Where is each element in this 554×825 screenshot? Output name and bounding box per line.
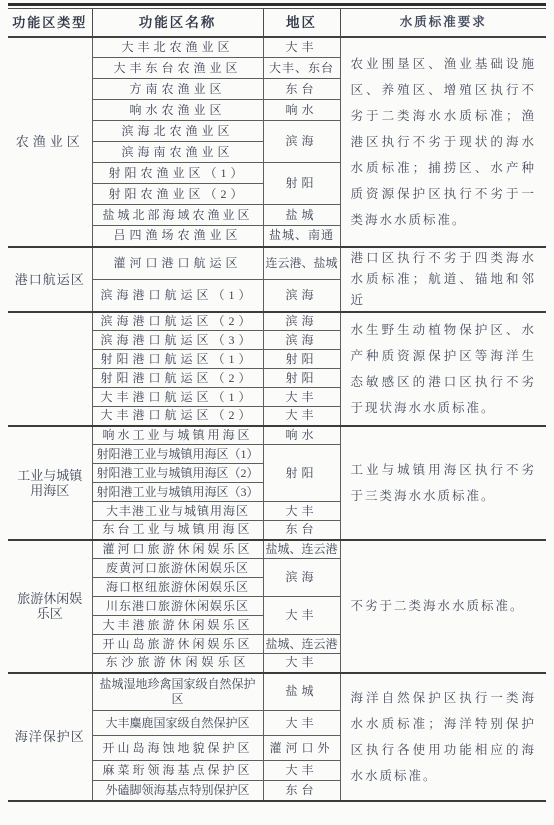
region-cell: 射阳 — [263, 369, 340, 388]
zone-name-cell: 大丰东台农渔业区 — [92, 58, 263, 79]
zone-name-cell: 滨海港口航运区（3） — [92, 331, 263, 350]
table-row: 工业与城镇用海区 响水工业与城镇用海区 响水 工业与城镇用海区执行不劣于三类海水… — [8, 426, 546, 445]
region-cell: 射阳 — [263, 350, 340, 369]
region-cell: 滨海 — [263, 559, 340, 597]
requirement-cell: 港口区执行不劣于四类海水水质标准；航道、锚地和邻近 — [340, 247, 546, 312]
requirement-cell: 水生野生动植物保护区、水产种质资源保护区等海洋生态敏感区的港口区执行不劣于现状海… — [340, 312, 546, 426]
region-cell: 盐城、连云港 — [263, 540, 340, 559]
water-quality-table: 功能区类型 功能区名称 地区 水质标准要求 农渔业区 大丰北农渔业区 大丰 农业… — [8, 8, 546, 802]
zone-name-cell: 射阳农渔业区（2） — [92, 184, 263, 205]
table-row: 农渔业区 大丰北农渔业区 大丰 农业围垦区、渔业基础设施区、养殖区、增殖区执行不… — [8, 37, 546, 58]
zone-name-cell: 方南农渔业区 — [92, 79, 263, 100]
zone-name-cell: 开山岛海蚀地貌保护区 — [92, 736, 263, 761]
table-row: 滨海港口航运区（2） 滨海 水生野生动植物保护区、水产种质资源保护区等海洋生态敏… — [8, 312, 546, 331]
table-row: 港口航运区 灌河口港口航运区 连云港、盐城 港口区执行不劣于四类海水水质标准；航… — [8, 247, 546, 280]
zone-name-cell: 滨海港口航运区（2） — [92, 312, 263, 331]
zone-name-cell: 响水农渔业区 — [92, 100, 263, 121]
region-cell: 大丰 — [263, 761, 340, 781]
zone-name-cell: 射阳港工业与城镇用海区（1） — [92, 445, 263, 464]
region-cell: 滨海 — [263, 312, 340, 331]
section-marine-protection: 海洋保护区 盐城湿地珍禽国家级自然保护区 盐城 海洋自然保护区执行一类海水水质标… — [8, 673, 546, 801]
region-cell: 滨海 — [263, 331, 340, 350]
region-cell: 东台 — [263, 79, 340, 100]
page-root: 功能区类型 功能区名称 地区 水质标准要求 农渔业区 大丰北农渔业区 大丰 农业… — [0, 0, 554, 825]
zone-name-cell: 大丰港旅游休闲娱乐区 — [92, 616, 263, 635]
table-row: 海洋保护区 盐城湿地珍禽国家级自然保护区 盐城 海洋自然保护区执行一类海水水质标… — [8, 673, 546, 711]
zone-name-cell: 大丰北农渔业区 — [92, 37, 263, 58]
zone-name-cell: 大丰港口航运区（1） — [92, 388, 263, 407]
requirement-cell: 工业与城镇用海区执行不劣于三类海水水质标准。 — [340, 426, 546, 540]
section-tourism-leisure: 旅游休闲娱乐区 灌河口旅游休闲娱乐区 盐城、连云港 不劣于二类海水水质标准。 废… — [8, 540, 546, 673]
zone-name-cell: 麻菜珩领海基点保护区 — [92, 761, 263, 781]
region-cell: 大丰 — [263, 597, 340, 635]
region-cell: 盐城 — [263, 205, 340, 226]
requirement-cell: 农业围垦区、渔业基础设施区、养殖区、增殖区执行不劣于二类海水水质标准；渔港区执行… — [340, 37, 546, 247]
col-header-requirement: 水质标准要求 — [340, 9, 546, 37]
zone-name-cell: 射阳港口航运区（2） — [92, 369, 263, 388]
zone-name-cell: 大丰麋鹿国家级自然保护区 — [92, 711, 263, 736]
region-cell: 大丰 — [263, 711, 340, 736]
zone-name-cell: 大丰港口航运区（2） — [92, 407, 263, 426]
zone-type-cell: 工业与城镇用海区 — [8, 426, 92, 540]
zone-name-cell: 射阳港工业与城镇用海区（2） — [92, 464, 263, 483]
zone-name-cell: 开山岛旅游休闲娱乐区 — [92, 635, 263, 654]
table-row: 旅游休闲娱乐区 灌河口旅游休闲娱乐区 盐城、连云港 不劣于二类海水水质标准。 — [8, 540, 546, 559]
section-port-shipping-part2: 滨海港口航运区（2） 滨海 水生野生动植物保护区、水产种质资源保护区等海洋生态敏… — [8, 312, 546, 426]
zone-type-cell: 旅游休闲娱乐区 — [8, 540, 92, 673]
region-cell: 滨海 — [263, 279, 340, 312]
zone-name-cell: 吕四渔场农渔业区 — [92, 226, 263, 247]
zone-name-cell: 盐城湿地珍禽国家级自然保护区 — [92, 673, 263, 711]
zone-type-cell: 海洋保护区 — [8, 673, 92, 801]
section-port-shipping-part1: 港口航运区 灌河口港口航运区 连云港、盐城 港口区执行不劣于四类海水水质标准；航… — [8, 247, 546, 312]
region-cell: 射阳 — [263, 163, 340, 205]
zone-type-cell: 农渔业区 — [8, 37, 92, 247]
zone-type-cell: 港口航运区 — [8, 247, 92, 312]
requirement-cell: 海洋自然保护区执行一类海水水质标准；海洋特别保护区执行各使用功能相应的海水水质标… — [340, 673, 546, 801]
col-header-zone-type: 功能区类型 — [8, 9, 92, 37]
region-cell: 东台 — [263, 521, 340, 540]
region-cell: 盐城、连云港 — [263, 635, 340, 654]
zone-name-cell: 东台工业与城镇用海区 — [92, 521, 263, 540]
zone-name-cell: 响水工业与城镇用海区 — [92, 426, 263, 445]
region-cell: 大丰 — [263, 654, 340, 673]
zone-name-cell: 射阳港工业与城镇用海区（3） — [92, 483, 263, 502]
region-cell: 响水 — [263, 426, 340, 445]
region-cell: 大丰 — [263, 37, 340, 58]
section-industrial-urban: 工业与城镇用海区 响水工业与城镇用海区 响水 工业与城镇用海区执行不劣于三类海水… — [8, 426, 546, 540]
zone-name-cell: 射阳农渔业区（1） — [92, 163, 263, 184]
region-cell: 连云港、盐城 — [263, 247, 340, 280]
zone-name-cell: 外磕脚领海基点特别保护区 — [92, 781, 263, 801]
zone-name-cell: 灌河口旅游休闲娱乐区 — [92, 540, 263, 559]
table-wrapper: 功能区类型 功能区名称 地区 水质标准要求 农渔业区 大丰北农渔业区 大丰 农业… — [8, 3, 546, 802]
col-header-region: 地区 — [263, 9, 340, 37]
region-cell: 响水 — [263, 100, 340, 121]
region-cell: 大丰 — [263, 388, 340, 407]
zone-name-cell: 东沙旅游休闲娱乐区 — [92, 654, 263, 673]
zone-name-cell: 盐城北部海域农渔业区 — [92, 205, 263, 226]
zone-name-cell: 灌河口港口航运区 — [92, 247, 263, 280]
zone-name-cell: 大丰港工业与城镇用海区 — [92, 502, 263, 521]
region-cell: 大丰、东台 — [263, 58, 340, 79]
region-cell: 盐城、南通 — [263, 226, 340, 247]
zone-name-cell: 射阳港口航运区（1） — [92, 350, 263, 369]
zone-name-cell: 滨海南农渔业区 — [92, 142, 263, 163]
region-cell: 射阳 — [263, 445, 340, 502]
region-cell: 大丰 — [263, 502, 340, 521]
requirement-cell: 不劣于二类海水水质标准。 — [340, 540, 546, 673]
zone-name-cell: 滨海港口航运区（1） — [92, 279, 263, 312]
region-cell: 大丰 — [263, 407, 340, 426]
zone-type-cell — [8, 312, 92, 426]
region-cell: 盐城 — [263, 673, 340, 711]
col-header-zone-name: 功能区名称 — [92, 9, 263, 37]
zone-name-cell: 滨海北农渔业区 — [92, 121, 263, 142]
zone-name-cell: 海口枢纽旅游休闲娱乐区 — [92, 578, 263, 597]
zone-name-cell: 川东港口旅游休闲娱乐区 — [92, 597, 263, 616]
region-cell: 滨海 — [263, 121, 340, 163]
region-cell: 灌河口外 — [263, 736, 340, 761]
region-cell: 东台 — [263, 781, 340, 801]
section-agriculture-fishery: 农渔业区 大丰北农渔业区 大丰 农业围垦区、渔业基础设施区、养殖区、增殖区执行不… — [8, 37, 546, 247]
header-row: 功能区类型 功能区名称 地区 水质标准要求 — [8, 9, 546, 37]
zone-name-cell: 废黄河口旅游休闲娱乐区 — [92, 559, 263, 578]
